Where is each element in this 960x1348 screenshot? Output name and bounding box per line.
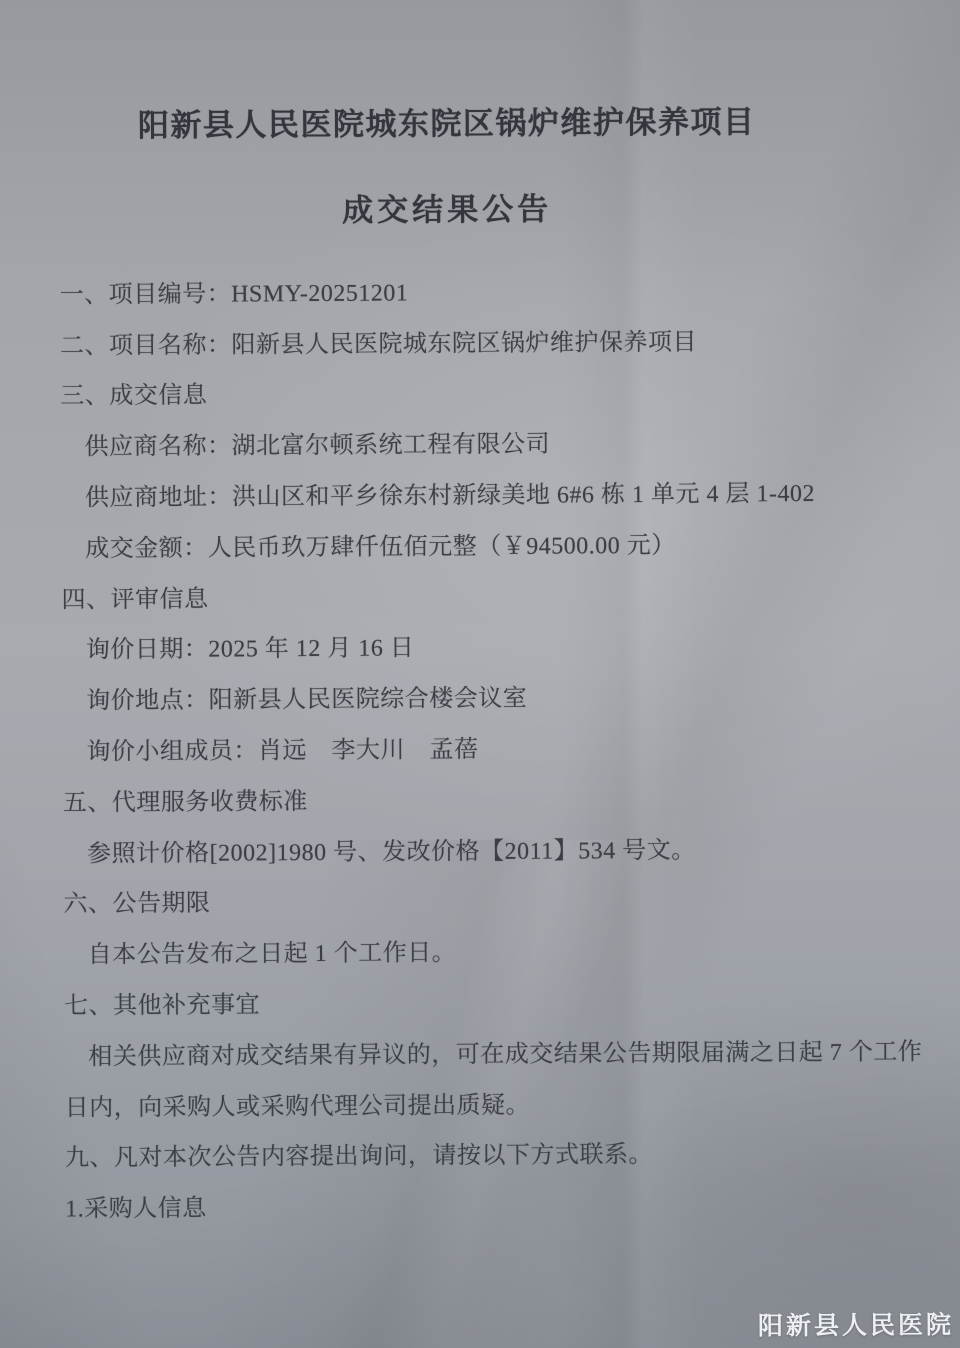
announcement-type-heading: 成交结果公告 (0, 181, 897, 231)
line-fee-reference-docs: 参照计价格[2002]1980 号、发改价格【2011】534 号文。 (63, 820, 909, 876)
line-supplier-address: 供应商地址：洪山区和平乡徐东村新绿美地 6#6 栋 1 单元 4 层 1-402 (61, 465, 907, 521)
line-section-announcement-period: 六、公告期限 (63, 871, 909, 927)
document-body: 一、项目编号：HSMY-20251201 二、项目名称：阳新县人民医院城东院区锅… (60, 261, 912, 1231)
line-objection-clause-part1: 相关供应商对成交结果有异议的，可在成交结果公告期限届满之日起 7 个工作 (64, 1023, 910, 1079)
line-objection-clause-part2: 日内，向采购人或采购代理公司提出质疑。 (64, 1074, 910, 1130)
hospital-watermark-label: 阳新县人民医院 (758, 1305, 954, 1342)
announcement-document: 阳新县人民医院城东院区锅炉维护保养项目 成交结果公告 一、项目编号：HSMY-2… (0, 0, 960, 1348)
line-section-agency-fee: 五、代理服务收费标准 (63, 769, 909, 825)
line-purchaser-info-heading: 1.采购人信息 (65, 1176, 911, 1232)
document-title: 阳新县人民医院城东院区锅炉维护保养项目 成交结果公告 (0, 95, 897, 231)
line-section-contact-intro: 九、凡对本次公告内容提出询问，请按以下方式联系。 (65, 1125, 911, 1181)
line-section-review-info: 四、评审信息 (61, 566, 907, 622)
line-inquiry-date: 询价日期：2025 年 12 月 16 日 (62, 617, 908, 673)
line-project-name: 二、项目名称：阳新县人民医院城东院区锅炉维护保养项目 (60, 312, 906, 368)
line-inquiry-location: 询价地点：阳新县人民医院综合楼会议室 (62, 668, 908, 724)
project-title-heading: 阳新县人民医院城东院区锅炉维护保养项目 (0, 95, 897, 145)
line-section-other-matters: 七、其他补充事宜 (64, 973, 910, 1029)
line-section-award-info: 三、成交信息 (60, 363, 906, 419)
line-announcement-period-value: 自本公告发布之日起 1 个工作日。 (64, 922, 910, 978)
line-project-number: 一、项目编号：HSMY-20251201 (60, 261, 906, 317)
line-inquiry-panel-members: 询价小组成员：肖远 李大川 孟蓓 (62, 719, 908, 775)
line-award-amount: 成交金额：人民币玖万肆仟伍佰元整（￥94500.00 元） (61, 515, 907, 571)
line-supplier-name: 供应商名称：湖北富尔顿系统工程有限公司 (60, 414, 906, 470)
